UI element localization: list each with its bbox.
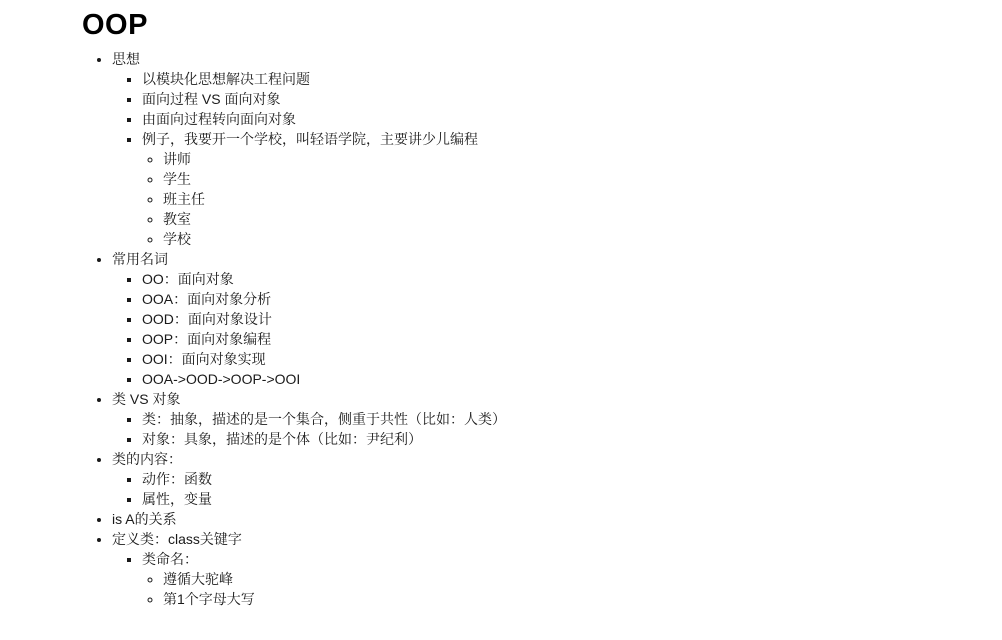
list-item: OOP：面向对象编程 — [142, 329, 962, 349]
outline-sublist: 以模块化思想解决工程问题 面向过程 VS 面向对象 由面向过程转向面向对象 例子… — [112, 69, 962, 249]
list-item-label: OOD：面向对象设计 — [142, 311, 272, 327]
list-item-label: 以模块化思想解决工程问题 — [142, 71, 310, 87]
list-item-label: 属性，变量 — [142, 491, 212, 507]
list-item: 类：抽象，描述的是一个集合，侧重于共性（比如：人类） — [142, 409, 962, 429]
outline-sublist: 遵循大驼峰 第1个字母大写 — [142, 569, 962, 609]
list-item: 学校 — [163, 229, 962, 249]
list-item: 教室 — [163, 209, 962, 229]
list-item-label: 类的内容： — [112, 451, 182, 467]
document-page: OOP 思想 以模块化思想解决工程问题 面向过程 VS 面向对象 由面向过程转向… — [0, 0, 1002, 640]
list-item-label: 对象：具象，描述的是个体（比如：尹纪利） — [142, 431, 422, 447]
list-item: 动作：函数 — [142, 469, 962, 489]
list-item: OO：面向对象 — [142, 269, 962, 289]
list-item-label: OOA：面向对象分析 — [142, 291, 271, 307]
list-item: OOD：面向对象设计 — [142, 309, 962, 329]
list-item: 讲师 — [163, 149, 962, 169]
list-item-label: 定义类：class关键字 — [112, 531, 242, 547]
outline-sublist: 类：抽象，描述的是一个集合，侧重于共性（比如：人类） 对象：具象，描述的是个体（… — [112, 409, 962, 449]
list-item: 对象：具象，描述的是个体（比如：尹纪利） — [142, 429, 962, 449]
list-item: 学生 — [163, 169, 962, 189]
list-item-label: 班主任 — [163, 191, 205, 207]
list-item: OOI：面向对象实现 — [142, 349, 962, 369]
list-item: 由面向过程转向面向对象 — [142, 109, 962, 129]
list-item-label: 面向过程 VS 面向对象 — [142, 91, 280, 107]
list-item: is A的关系 — [112, 509, 962, 529]
list-item-label: 动作：函数 — [142, 471, 212, 487]
list-item-label: 常用名词 — [112, 251, 168, 267]
list-item-label: 由面向过程转向面向对象 — [142, 111, 296, 127]
list-item-label: 例子，我要开一个学校，叫轻语学院，主要讲少儿编程 — [142, 131, 478, 147]
list-item-label: OOA->OOD->OOP->OOI — [142, 371, 300, 387]
list-item-label: 学校 — [163, 231, 191, 247]
list-item: OOA：面向对象分析 — [142, 289, 962, 309]
list-item: 类命名： 遵循大驼峰 第1个字母大写 — [142, 549, 962, 609]
list-item: 班主任 — [163, 189, 962, 209]
list-item-label: 学生 — [163, 171, 191, 187]
outline-sublist: 讲师 学生 班主任 教室 学校 — [142, 149, 962, 249]
list-item: 思想 以模块化思想解决工程问题 面向过程 VS 面向对象 由面向过程转向面向对象… — [112, 49, 962, 249]
list-item: 例子，我要开一个学校，叫轻语学院，主要讲少儿编程 讲师 学生 班主任 教室 — [142, 129, 962, 249]
list-item: 常用名词 OO：面向对象 OOA：面向对象分析 OOD：面向对象设计 OOP：面… — [112, 249, 962, 389]
list-item: 面向过程 VS 面向对象 — [142, 89, 962, 109]
list-item-label: 类 VS 对象 — [112, 391, 180, 407]
list-item: 遵循大驼峰 — [163, 569, 962, 589]
outline-sublist: 动作：函数 属性，变量 — [112, 469, 962, 509]
list-item-label: 讲师 — [163, 151, 191, 167]
list-item-label: 类：抽象，描述的是一个集合，侧重于共性（比如：人类） — [142, 411, 506, 427]
list-item: 定义类：class关键字 类命名： 遵循大驼峰 第1个字母大写 — [112, 529, 962, 609]
list-item: 属性，变量 — [142, 489, 962, 509]
outline-list: 思想 以模块化思想解决工程问题 面向过程 VS 面向对象 由面向过程转向面向对象… — [82, 49, 962, 609]
list-item-label: 教室 — [163, 211, 191, 227]
list-item-label: 类命名： — [142, 551, 198, 567]
outline-sublist: 类命名： 遵循大驼峰 第1个字母大写 — [112, 549, 962, 609]
outline-sublist: OO：面向对象 OOA：面向对象分析 OOD：面向对象设计 OOP：面向对象编程… — [112, 269, 962, 389]
list-item-label: 第1个字母大写 — [163, 591, 255, 607]
list-item-label: OOI：面向对象实现 — [142, 351, 266, 367]
list-item: 类 VS 对象 类：抽象，描述的是一个集合，侧重于共性（比如：人类） 对象：具象… — [112, 389, 962, 449]
list-item-label: 思想 — [112, 51, 140, 67]
list-item-label: OO：面向对象 — [142, 271, 234, 287]
list-item-label: 遵循大驼峰 — [163, 571, 233, 587]
list-item: 以模块化思想解决工程问题 — [142, 69, 962, 89]
list-item: OOA->OOD->OOP->OOI — [142, 369, 962, 389]
list-item-label: OOP：面向对象编程 — [142, 331, 271, 347]
list-item: 第1个字母大写 — [163, 589, 962, 609]
page-title: OOP — [82, 9, 962, 41]
list-item-label: is A的关系 — [112, 511, 177, 527]
list-item: 类的内容： 动作：函数 属性，变量 — [112, 449, 962, 509]
